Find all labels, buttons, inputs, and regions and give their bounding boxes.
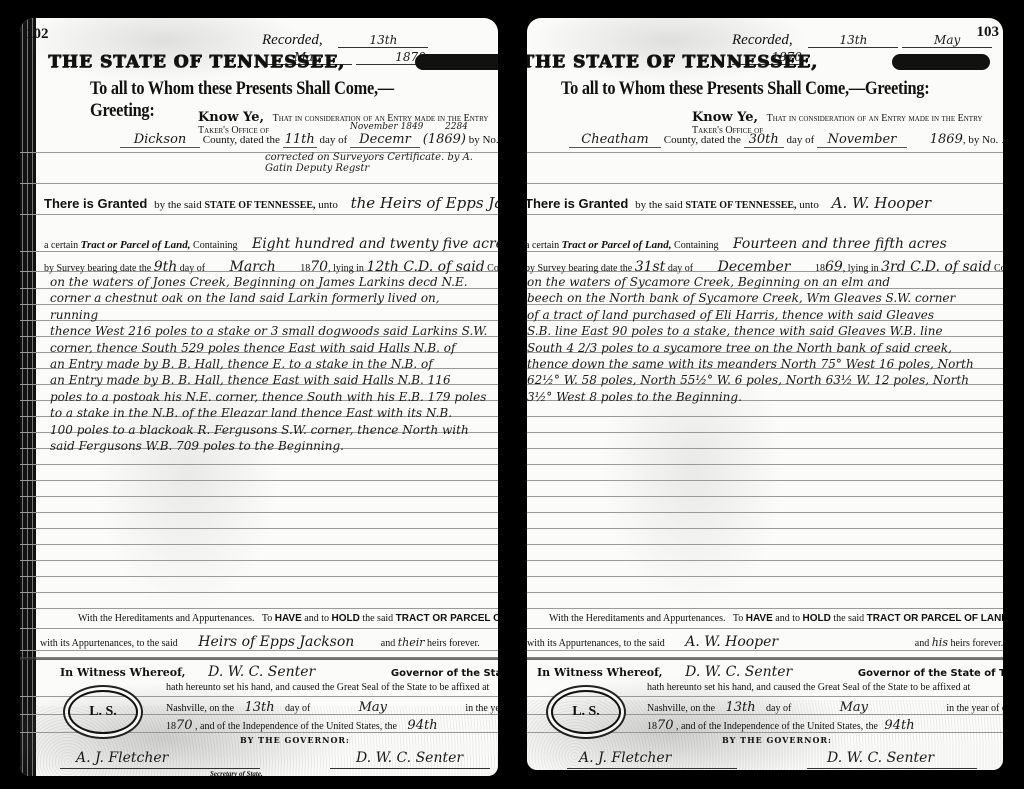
ruled-line: [527, 650, 1003, 651]
tract-lead: a certain: [527, 240, 559, 251]
know-ye-gothic: Know Ye,: [198, 110, 264, 125]
survey-county-word: County,: [994, 263, 1003, 274]
ruled-line: [527, 464, 1003, 465]
entry-month: Decemr: [350, 132, 420, 148]
granted-unto: unto: [318, 199, 338, 211]
to-text: To: [733, 613, 743, 624]
independence-ordinal: 94th: [407, 718, 437, 733]
hold-text: HOLD: [803, 613, 831, 624]
by-no-label: by No.: [469, 134, 498, 146]
nashville-line: Nashville, on the 13th day of May in the…: [166, 700, 498, 715]
recorded-day: 13th: [808, 33, 898, 48]
survey-year-suffix: 69: [825, 259, 843, 275]
have-text: HAVE: [275, 613, 302, 624]
ruled-line: [527, 416, 1003, 417]
survey-month: March: [230, 259, 276, 275]
witness-line: In Witness Whereof, D. W. C. Senter Gove…: [60, 664, 498, 680]
survey-line: by Survey bearing date the 9th day of Ma…: [44, 259, 498, 275]
hereditaments-text: With the Hereditaments and Appurtenances…: [549, 613, 725, 624]
hereditaments-text: With the Hereditaments and Appurtenances…: [78, 613, 254, 624]
appurtenances-line: with its Appurtenances, to the said Heir…: [40, 634, 480, 650]
entry-county: Cheatham: [569, 132, 661, 148]
ruled-line: [20, 464, 498, 465]
tract-containing: Containing: [674, 240, 718, 251]
hath-line: hath hereunto set his hand, and caused t…: [166, 682, 489, 693]
hold-text: HOLD: [332, 613, 360, 624]
description-line: 100 poles to a blackoak R. Fergusons S.W…: [50, 422, 490, 438]
entry-correction-number: 2284: [445, 122, 468, 132]
nashville-month: May: [323, 700, 423, 715]
the-said-text: the said: [833, 613, 864, 624]
hereditaments-line: With the Hereditaments and Appurtenances…: [549, 613, 1003, 624]
independence-year-prefix: 18: [166, 721, 176, 732]
know-ye-gothic: Know Ye,: [692, 110, 758, 125]
ruled-line: [527, 480, 1003, 481]
description-line: thence West 216 poles to a stake or 3 sm…: [50, 323, 490, 339]
acreage: Eight hundred and twenty five acres: [252, 236, 498, 252]
and-to-text: and to: [304, 613, 329, 624]
heirs-pronoun: his: [932, 636, 948, 649]
ruled-line: [20, 560, 498, 561]
description-line: an Entry made by B. B. Hall, thence E. t…: [50, 356, 490, 372]
tract-caps: TRACT OR PARCEL OF LAND,: [396, 613, 498, 624]
description-line: said Fergusons W.B. 709 poles to the Beg…: [50, 438, 490, 454]
redaction-mark: [415, 54, 498, 70]
ruled-line: [20, 576, 498, 577]
independence-text: , and of the Independence of the United …: [195, 721, 397, 732]
appurtenances-lead: with its Appurtenances, to the said: [40, 638, 178, 649]
grantee-name: A. W. Hooper: [832, 194, 932, 212]
granted-lead: There is Granted: [44, 196, 147, 211]
divider-rule: [20, 657, 498, 660]
ruled-line: [527, 560, 1003, 561]
day-of: day of: [319, 134, 347, 146]
nashville-day: 13th: [237, 700, 283, 715]
entry-day: 30th: [744, 132, 784, 148]
description-line: of a tract of land purchased of Eli Harr…: [527, 307, 992, 323]
appurtenances-lead: with its Appurtenances, to the said: [527, 638, 665, 649]
ruled-line: [527, 183, 1003, 184]
description-line: an Entry made by B. B. Hall, thence East…: [50, 372, 490, 388]
ruled-line: [527, 608, 1003, 609]
entry-county: Dickson: [120, 132, 200, 148]
redaction-mark: [892, 54, 990, 70]
survey-lead: by Survey bearing date the: [44, 263, 151, 274]
right-page: 103 Recorded, 13th May 1870 THE STATE OF…: [527, 18, 1003, 770]
year-of-lord: in the year of our Lord,: [946, 703, 1003, 714]
and-to-text: and to: [775, 613, 800, 624]
granted-line: There is Granted by the said STATE OF TE…: [44, 194, 498, 212]
independence-year-prefix: 18: [647, 721, 657, 732]
governor-title: Governor of the State of Tennessee,: [858, 668, 1003, 679]
signature-line: [567, 768, 737, 769]
state-title: THE STATE OF TENNESSEE,: [48, 52, 345, 72]
by-the-governor: BY THE GOVERNOR:: [722, 735, 832, 745]
ruled-line: [20, 650, 498, 651]
entry-year: 1869: [930, 132, 963, 147]
land-description: on the waters of Sycamore Creek, Beginni…: [527, 274, 992, 405]
appurtenances-line: with its Appurtenances, to the said A. W…: [527, 634, 1003, 650]
heirs-forever: heirs forever.: [427, 638, 480, 649]
have-text: HAVE: [746, 613, 773, 624]
land-description: on the waters of Jones Creek, Beginning …: [50, 274, 490, 454]
granted-unto: unto: [799, 199, 819, 211]
by-no-label: , by No.: [963, 134, 998, 146]
independence-ordinal: 94th: [884, 718, 914, 733]
appurtenances-grantee: Heirs of Epps Jackson: [198, 634, 348, 650]
entry-number: 127: [1001, 132, 1003, 147]
survey-day-of: day of: [668, 263, 693, 274]
survey-day: 9th: [154, 259, 178, 275]
hath-line: hath hereunto set his hand, and caused t…: [647, 682, 970, 693]
tract-line: a certain Tract or Parcel of Land, Conta…: [44, 236, 498, 252]
book-binding-edge: [20, 18, 36, 776]
greeting-heading: To all to Whom these Presents Shall Come…: [561, 78, 929, 100]
tract-line: a certain Tract or Parcel of Land, Conta…: [527, 236, 947, 252]
governor-title: Governor of the State of Tennessee,: [391, 668, 498, 679]
day-of: day of: [786, 134, 814, 146]
and-text: and: [915, 638, 929, 649]
ruled-line: [527, 214, 1003, 215]
independence-year-suffix: 70: [176, 718, 193, 733]
governor-signature: D. W. C. Senter: [685, 664, 855, 680]
ruled-line: [20, 544, 498, 545]
nashville-day-of: day of: [766, 703, 791, 714]
signature-line: [60, 768, 260, 769]
survey-day: 31st: [635, 259, 666, 275]
ruled-line: [527, 448, 1003, 449]
ruled-line: [20, 214, 498, 215]
description-line: corner a chestnut oak on the land said L…: [50, 290, 490, 323]
entry-county-line: Dickson County, dated the 11th day of De…: [120, 132, 498, 148]
governor-countersignature: D. W. C. Senter: [827, 750, 934, 766]
description-line: South 4 2/3 poles to a sycamore tree on …: [527, 340, 992, 356]
survey-year-suffix: 70: [310, 259, 328, 275]
divider-rule: [527, 657, 1003, 660]
description-line: poles to a postoak his N.E. corner, then…: [50, 389, 490, 405]
state-title: THE STATE OF TENNESSEE,: [527, 52, 818, 72]
entry-month: November: [817, 132, 907, 148]
entry-year: (1869): [423, 132, 466, 147]
state-seal: L. S.: [68, 690, 138, 734]
secretary-signature: A. J. Fletcher: [579, 750, 671, 766]
nashville-lead: Nashville, on the: [647, 703, 715, 714]
ruled-line: [20, 608, 498, 609]
surveyor-correction-note: corrected on Surveyors Certificate. by A…: [265, 152, 498, 174]
nashville-day: 13th: [718, 700, 764, 715]
heirs-pronoun: their: [398, 636, 425, 649]
governor-countersignature: D. W. C. Senter: [356, 750, 463, 766]
granted-lead: There is Granted: [527, 196, 628, 211]
ruled-line: [20, 592, 498, 593]
description-line: S.B. line East 90 poles to a stake, then…: [527, 323, 992, 339]
tract-containing: Containing: [193, 240, 237, 251]
independence-line: 1870 , and of the Independence of the Un…: [647, 718, 915, 733]
survey-district: 12th C.D. of said: [366, 259, 484, 275]
ruled-line: [20, 512, 498, 513]
granted-state: STATE OF TENNESSEE,: [204, 200, 315, 211]
ruled-line: [527, 592, 1003, 593]
ruled-line: [20, 480, 498, 481]
survey-year-prefix: 18: [300, 263, 310, 274]
witness-gothic: In Witness Whereof,: [60, 666, 185, 679]
survey-line: by Survey bearing date the 31st day of D…: [527, 259, 1003, 275]
witness-line: In Witness Whereof, D. W. C. Senter Gove…: [537, 664, 1003, 680]
granted-line: There is Granted by the said STATE OF TE…: [527, 194, 931, 212]
independence-line: 1870 , and of the Independence of the Un…: [166, 718, 438, 733]
year-of-lord: in the year of our Lord,: [465, 703, 498, 714]
survey-lead: by Survey bearing date the: [527, 263, 632, 274]
acreage: Fourteen and three fifth acres: [733, 236, 947, 252]
description-line: on the waters of Jones Creek, Beginning …: [50, 274, 490, 290]
heirs-forever: heirs forever.: [950, 638, 1003, 649]
ruled-line: [20, 496, 498, 497]
nashville-month: May: [804, 700, 904, 715]
nashville-lead: Nashville, on the: [166, 703, 234, 714]
description-line: 62½° W. 58 poles, North 55½° W. 6 poles,…: [527, 372, 992, 388]
ruled-line: [20, 183, 498, 184]
recorded-day: 13th: [338, 33, 428, 48]
ruled-line: [20, 628, 498, 629]
signature-line: [330, 768, 490, 769]
survey-county-word: County,: [487, 263, 498, 274]
county-suffix: County, dated the: [664, 134, 741, 146]
the-said-text: the said: [362, 613, 393, 624]
state-seal: L. S.: [551, 690, 621, 734]
independence-text: , and of the Independence of the United …: [676, 721, 878, 732]
ruled-line: [20, 528, 498, 529]
and-text: and: [381, 638, 395, 649]
ruled-line: [527, 496, 1003, 497]
description-line: 3½° West 8 poles to the Beginning.: [527, 389, 992, 405]
description-line: on the waters of Sycamore Creek, Beginni…: [527, 274, 992, 290]
description-line: beech on the North bank of Sycamore Cree…: [527, 290, 992, 306]
entry-day: 11th: [283, 132, 317, 148]
left-page: 102 Recorded, 13th May 1870 THE STATE OF…: [20, 18, 498, 776]
page-number: 102: [26, 26, 49, 43]
hereditaments-line: With the Hereditaments and Appurtenances…: [78, 613, 498, 624]
granted-text: by the said: [635, 199, 683, 211]
granted-state: STATE OF TENNESSEE,: [685, 200, 796, 211]
appurtenances-grantee: A. W. Hooper: [685, 634, 900, 650]
ruled-line: [527, 512, 1003, 513]
survey-year-prefix: 18: [815, 263, 825, 274]
tract-lead: a certain: [44, 240, 78, 251]
witness-gothic: In Witness Whereof,: [537, 666, 662, 679]
grantee-name: the Heirs of Epps Jackson: [351, 194, 498, 212]
independence-year-suffix: 70: [657, 718, 674, 733]
ruled-line: [527, 576, 1003, 577]
tract-caps: TRACT OR PARCEL OF LAND,: [867, 613, 1003, 624]
description-line: to a stake in the N.B. of the Eleazar la…: [50, 405, 490, 421]
signature-line: [807, 768, 977, 769]
secretary-signature: A. J. Fletcher: [76, 750, 168, 766]
survey-month: December: [718, 259, 791, 275]
to-text: To: [262, 613, 272, 624]
survey-lying-in: , lying in: [328, 263, 364, 274]
description-line: thence down the same with its meanders N…: [527, 356, 992, 372]
nashville-day-of: day of: [285, 703, 310, 714]
recorded-label: Recorded,: [732, 32, 793, 48]
ruled-line: [527, 432, 1003, 433]
survey-lying-in: , lying in: [843, 263, 879, 274]
county-suffix: County, dated the: [203, 134, 280, 146]
ruled-line: [527, 544, 1003, 545]
description-line: corner, thence South 529 poles thence Ea…: [50, 340, 490, 356]
governor-signature: D. W. C. Senter: [208, 664, 388, 680]
entry-county-line: Cheatham County, dated the 30th day of N…: [569, 132, 1003, 148]
ruled-line: [527, 152, 1003, 153]
recorded-month: May: [902, 33, 992, 48]
ruled-line: [527, 628, 1003, 629]
secretary-label: Secretary of State.: [210, 770, 263, 776]
by-the-governor: BY THE GOVERNOR:: [240, 735, 350, 745]
tract-bold: Tract or Parcel of Land,: [81, 239, 191, 251]
nashville-line: Nashville, on the 13th day of May in the…: [647, 700, 1003, 715]
entry-correction-month: November 1849: [350, 122, 423, 132]
tract-bold: Tract or Parcel of Land,: [562, 239, 672, 251]
ruled-line: [527, 528, 1003, 529]
survey-day-of: day of: [180, 263, 205, 274]
granted-text: by the said: [154, 199, 202, 211]
survey-district: 3rd C.D. of said: [881, 259, 991, 275]
recorded-label: Recorded,: [262, 32, 323, 48]
